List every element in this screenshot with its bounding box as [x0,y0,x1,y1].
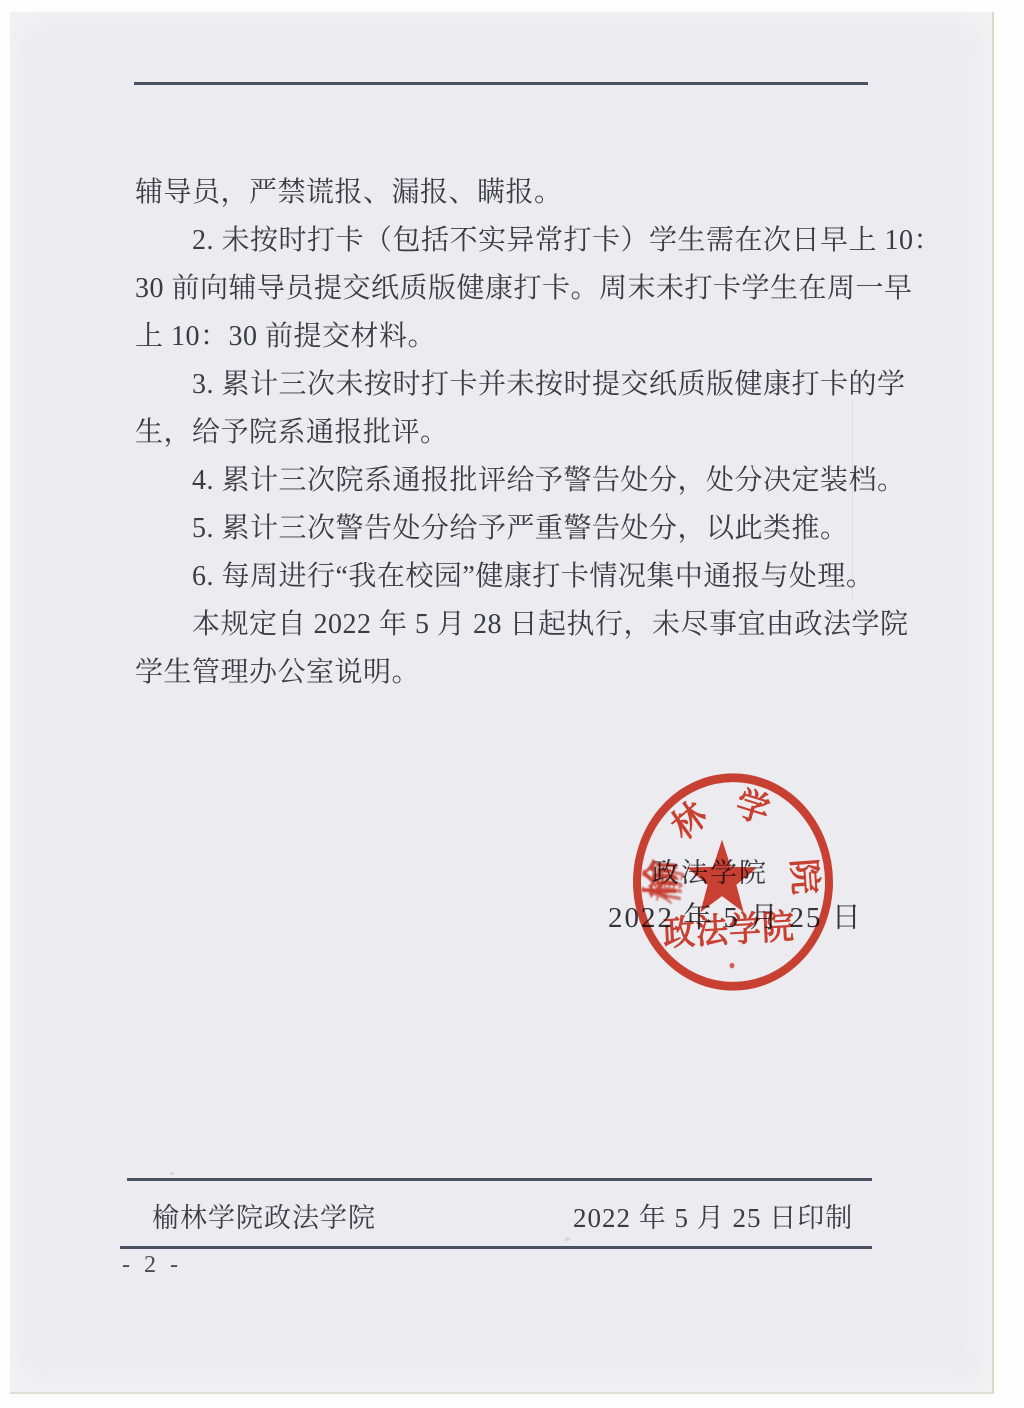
document-line: 本规定自 2022 年 5 月 28 日起执行，未尽事宜由政法学院 [135,601,915,649]
document-line: 辅导员，严禁谎报、漏报、瞒报。 [135,169,915,217]
seal-arc-char: 学 [732,784,774,832]
seal-arc-char: 院 [784,857,823,896]
document-line: 4. 累计三次院系通报批评给予警告处分，处分决定装档。 [135,457,915,505]
document-line: 30 前向辅导员提交纸质版健康打卡。周末未打卡学生在周一早 [135,265,915,313]
page-number: - 2 - [122,1252,182,1279]
document-line: 3. 累计三次未按时打卡并未按时提交纸质版健康打卡的学 [135,361,915,409]
seal-star-icon [687,840,757,913]
footer-divider-bottom [120,1246,872,1249]
document-line: 生，给予院系通报批评。 [135,409,915,457]
scanned-page: 辅导员，严禁谎报、漏报、瞒报。 2. 未按时打卡（包括不实异常打卡）学生需在次日… [0,0,1024,1408]
document-line: 6. 每周进行“我在校园”健康打卡情况集中通报与处理。 [135,553,915,601]
footer-divider-top [127,1178,872,1181]
header-divider-rule [134,82,868,85]
document-line: 学生管理办公室说明。 [135,649,915,697]
seal-arc-char: 榆 [646,863,690,907]
seal-bottom-text: 政法学院 [662,908,796,954]
seal-ink-dot [730,963,735,968]
document-line: 2. 未按时打卡（包括不实异常打卡）学生需在次日早上 10： [135,217,915,265]
document-body: 辅导员，严禁谎报、漏报、瞒报。 2. 未按时打卡（包括不实异常打卡）学生需在次日… [135,169,915,697]
paper-sheet: 辅导员，严禁谎报、漏报、瞒报。 2. 未按时打卡（包括不实异常打卡）学生需在次日… [10,12,994,1394]
document-line: 5. 累计三次警告处分给予严重警告处分，以此类推。 [135,505,915,553]
official-seal-icon: 榆 榆 林 学 院 政法学院 [628,768,838,996]
footer-print-date: 2022 年 5 月 25 日印制 [573,1196,853,1235]
document-line: 上 10：30 前提交材料。 [135,313,915,361]
footer-issuer: 榆林学院政法学院 [152,1196,376,1235]
paper-speck [170,1172,174,1175]
paper-speck [565,1237,570,1241]
